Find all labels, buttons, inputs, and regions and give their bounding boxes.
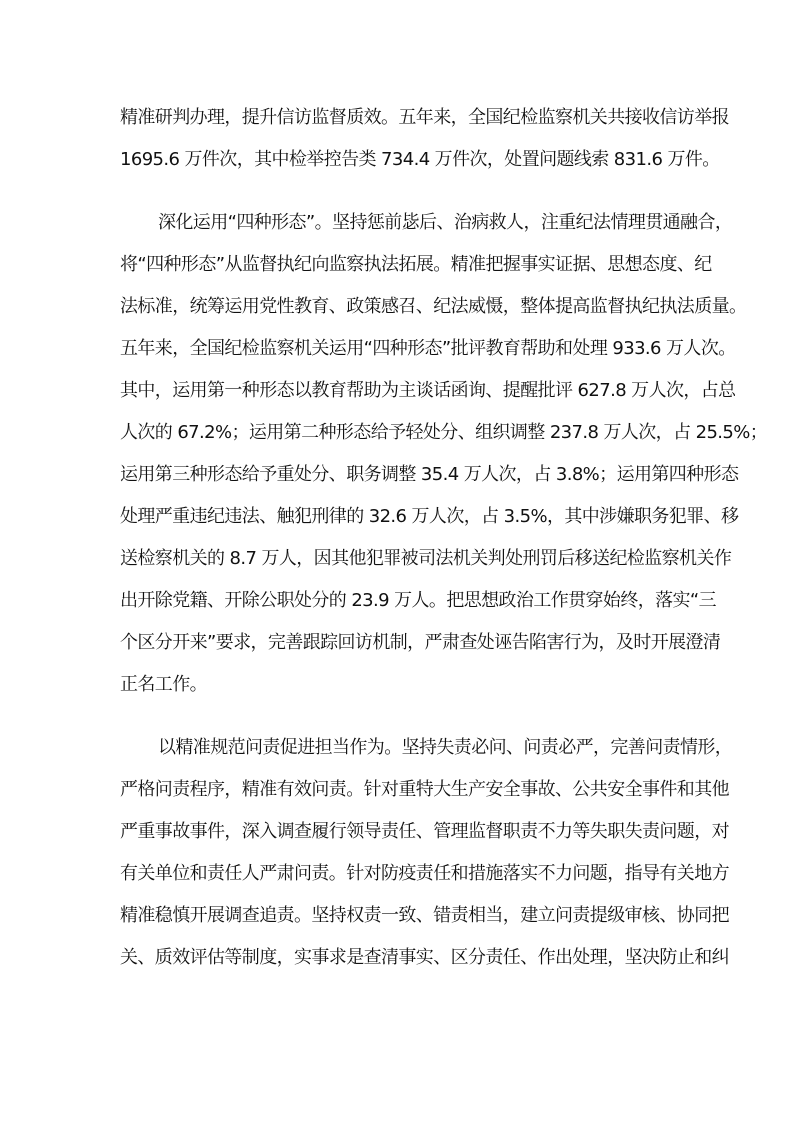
text-line: 运用第三种形态给予重处分、职务调整 35.4 万人次，占 3.8%；运用第四种形… xyxy=(120,454,682,496)
text-line: 以精准规范问责促进担当作为。坚持失责必问、问责必严，完善问责情形， xyxy=(120,727,682,769)
text-line: 五年来，全国纪检监察机关运用“四种形态”批评教育帮助和处理 933.6 万人次。 xyxy=(120,328,682,370)
text-line: 精准稳慎开展调查追责。坚持权责一致、错责相当，建立问责提级审核、协同把 xyxy=(120,895,682,937)
text-line: 个区分开来”要求，完善跟踪回访机制，严肃查处诬告陷害行为，及时开展澄清 xyxy=(120,622,682,664)
text-line: 严格问责程序，精准有效问责。针对重特大生产安全事故、公共安全事件和其他 xyxy=(120,769,682,811)
text-line: 法标准，统筹运用党性教育、政策感召、纪法威慑，整体提高监督执纪执法质量。 xyxy=(120,286,682,328)
text-line: 正名工作。 xyxy=(120,664,682,706)
paragraph-petition-supervision: 精准研判办理，提升信访监督质效。五年来，全国纪检监察机关共接收信访举报 1695… xyxy=(120,97,682,181)
text-line: 精准研判办理，提升信访监督质效。五年来，全国纪检监察机关共接收信访举报 xyxy=(120,97,682,139)
paragraph-accountability: 以精准规范问责促进担当作为。坚持失责必问、问责必严，完善问责情形， 严格问责程序… xyxy=(120,727,682,979)
text-line: 人次的 67.2%；运用第二种形态给予轻处分、组织调整 237.8 万人次，占 … xyxy=(120,412,682,454)
text-line: 有关单位和责任人严肃问责。针对防疫责任和措施落实不力问题，指导有关地方 xyxy=(120,853,682,895)
text-line: 将“四种形态”从监督执纪向监察执法拓展。精准把握事实证据、思想态度、纪 xyxy=(120,244,682,286)
text-line: 送检察机关的 8.7 万人，因其他犯罪被司法机关判处刑罚后移送纪检监察机关作 xyxy=(120,538,682,580)
paragraph-four-forms: 深化运用“四种形态”。坚持惩前毖后、治病救人，注重纪法情理贯通融合， 将“四种形… xyxy=(120,202,682,706)
text-line: 出开除党籍、开除公职处分的 23.9 万人。把思想政治工作贯穿始终，落实“三 xyxy=(120,580,682,622)
text-line: 1695.6 万件次，其中检举控告类 734.4 万件次，处置问题线索 831.… xyxy=(120,139,682,181)
text-line: 严重事故事件，深入调查履行领导责任、管理监督职责不力等失职失责问题，对 xyxy=(120,811,682,853)
text-line: 其中，运用第一种形态以教育帮助为主谈话函询、提醒批评 627.8 万人次，占总 xyxy=(120,370,682,412)
text-line: 关、质效评估等制度，实事求是查清事实、区分责任、作出处理，坚决防止和纠 xyxy=(120,937,682,979)
text-line: 处理严重违纪违法、触犯刑律的 32.6 万人次，占 3.5%，其中涉嫌职务犯罪、… xyxy=(120,496,682,538)
document-page: 精准研判办理，提升信访监督质效。五年来，全国纪检监察机关共接收信访举报 1695… xyxy=(120,97,682,1000)
text-line: 深化运用“四种形态”。坚持惩前毖后、治病救人，注重纪法情理贯通融合， xyxy=(120,202,682,244)
